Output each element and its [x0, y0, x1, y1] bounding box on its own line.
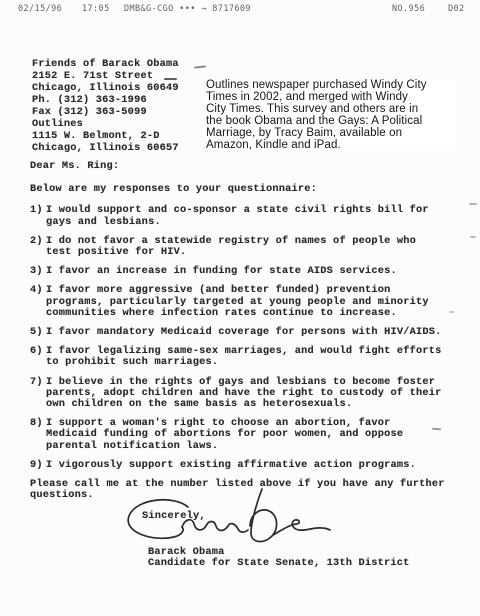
- questionnaire-item: 2) I do not favor a statewide registry o…: [30, 236, 462, 258]
- scan-artifact: [470, 236, 476, 238]
- recipient-street: 1115 W. Belmont, 2-D: [32, 130, 179, 142]
- questionnaire-item: 8) I support a woman's right to choose a…: [30, 418, 462, 452]
- scan-artifact: [449, 311, 454, 313]
- item-number: 4): [30, 285, 46, 319]
- recipient-city: Chicago, Illinois 60657: [32, 142, 179, 154]
- fax-time: 17:05: [82, 4, 110, 14]
- scan-artifact: [469, 203, 477, 205]
- item-text: I favor mandatory Medicaid coverage for …: [46, 327, 442, 338]
- questionnaire-item: 5) I favor mandatory Medicaid coverage f…: [30, 327, 462, 338]
- questionnaire-item: 1) I would support and co-sponsor a stat…: [30, 205, 462, 227]
- item-number: 8): [30, 418, 46, 452]
- item-number: 9): [30, 460, 46, 471]
- editorial-note-overlay: Outlines newspaper purchased Windy City …: [206, 79, 456, 151]
- item-number: 3): [30, 266, 46, 277]
- item-text: I vigorously support existing affirmativ…: [46, 460, 416, 471]
- item-text: I would support and co-sponsor a state c…: [46, 205, 429, 227]
- item-text: I favor an increase in funding for state…: [46, 266, 397, 277]
- signer-title: Candidate for State Senate, 13th Distric…: [148, 558, 462, 569]
- item-number: 7): [30, 377, 46, 411]
- item-text: I support a woman's right to choose an a…: [46, 418, 403, 452]
- fax-page-number: D02: [448, 4, 465, 14]
- fax-number: NO.956: [392, 4, 425, 14]
- item-number: 2): [30, 236, 46, 258]
- recipient-name: Outlines: [32, 118, 179, 130]
- item-number: 5): [30, 327, 46, 338]
- fax-route: DMB&G-CGO ••• → 8717609: [124, 4, 251, 14]
- fax-document-page: 02/15/96 17:05 DMB&G-CGO ••• → 8717609 N…: [0, 0, 480, 616]
- questionnaire-item: 3) I favor an increase in funding for st…: [30, 266, 462, 277]
- sender-phone: Ph. (312) 363-1996: [32, 94, 179, 106]
- questionnaire-item: 6) I favor legalizing same-sex marriages…: [30, 346, 462, 368]
- questionnaire-item: 7) I believe in the rights of gays and l…: [30, 377, 462, 411]
- sender-name: Friends of Barack Obama: [32, 58, 179, 70]
- salutation: Dear Ms. Ring:: [30, 161, 462, 172]
- questionnaire-item: 9) I vigorously support existing affirma…: [30, 460, 462, 471]
- sender-city: Chicago, Illinois 60649: [32, 82, 179, 94]
- questionnaire-item: 4) I favor more aggressive (and better f…: [30, 285, 462, 319]
- item-text: I believe in the rights of gays and lesb…: [46, 377, 442, 411]
- item-number: 1): [30, 205, 46, 227]
- sender-fax: Fax (312) 363-5099: [32, 106, 179, 118]
- fax-date: 02/15/96: [18, 4, 62, 14]
- handwritten-signature: [122, 486, 336, 548]
- recipient-address: Outlines 1115 W. Belmont, 2-D Chicago, I…: [32, 118, 179, 154]
- scan-artifact: [194, 65, 206, 68]
- scan-artifact: [164, 78, 177, 80]
- intro-line: Below are my responses to your questionn…: [30, 184, 462, 195]
- item-text: I favor legalizing same-sex marriages, a…: [46, 346, 442, 368]
- item-text: I favor more aggressive (and better fund…: [46, 285, 429, 319]
- sender-street: 2152 E. 71st Street: [32, 70, 179, 82]
- item-text: I do not favor a statewide registry of n…: [46, 236, 416, 258]
- sender-letterhead: Friends of Barack Obama 2152 E. 71st Str…: [32, 58, 179, 118]
- item-number: 6): [30, 346, 46, 368]
